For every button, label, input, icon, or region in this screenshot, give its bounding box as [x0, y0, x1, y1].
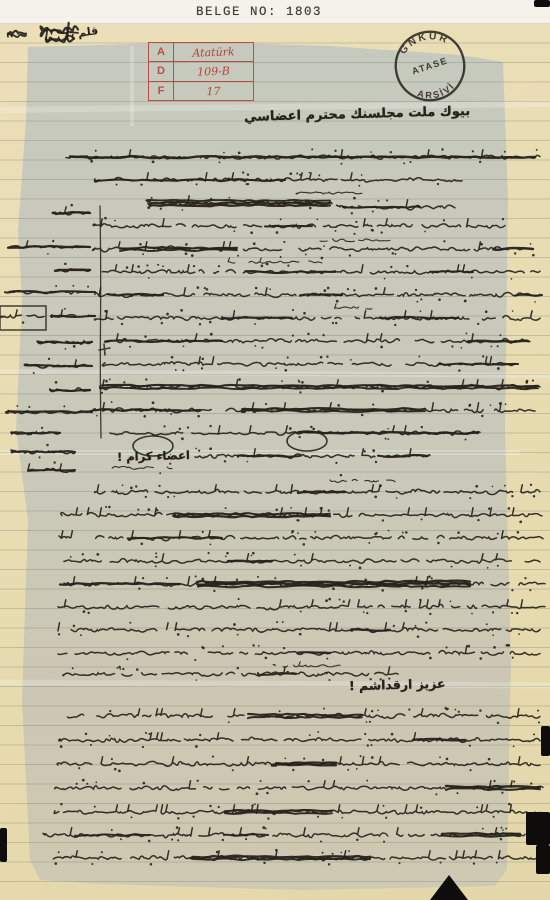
diacritic-dot: [180, 309, 183, 312]
diacritic-dot: [232, 769, 234, 771]
diacritic-dot: [371, 229, 373, 231]
handwriting-stroke: [58, 623, 540, 633]
diacritic-dot: [349, 254, 351, 256]
diacritic-dot: [292, 309, 294, 311]
diacritic-dot: [275, 508, 278, 511]
diacritic-dot: [364, 733, 366, 735]
diacritic-dot: [355, 221, 357, 223]
handwriting-stroke: [441, 835, 520, 837]
diacritic-dot: [267, 817, 269, 819]
diacritic-dot: [194, 659, 196, 661]
diacritic-dot: [340, 852, 342, 854]
diacritic-dot: [416, 301, 418, 303]
diacritic-dot: [443, 219, 445, 221]
diacritic-dot: [505, 828, 507, 830]
diacritic-dot: [78, 767, 80, 769]
diacritic-dot: [63, 405, 65, 407]
diacritic-dot: [460, 347, 462, 349]
diacritic-dot: [417, 635, 420, 638]
diacritic-dot: [284, 369, 287, 372]
diacritic-dot: [120, 838, 122, 840]
diacritic-dot: [353, 233, 355, 235]
diacritic-dot: [73, 345, 76, 348]
diacritic-dot: [340, 474, 343, 477]
diacritic-dot: [123, 381, 125, 383]
diacritic-dot: [162, 265, 164, 267]
handwriting-stroke: [245, 271, 335, 273]
diacritic-dot: [284, 757, 286, 759]
diacritic-dot: [108, 506, 111, 509]
diacritic-dot: [467, 645, 470, 648]
diacritic-dot: [251, 805, 253, 807]
diacritic-dot: [86, 783, 88, 785]
diacritic-dot: [499, 402, 502, 405]
diacritic-dot: [261, 264, 264, 267]
diacritic-dot: [163, 425, 165, 427]
diacritic-dot: [349, 565, 351, 567]
diacritic-dot: [421, 518, 423, 520]
diacritic-dot: [421, 426, 423, 428]
diacritic-dot: [254, 803, 256, 805]
handwriting-stroke: [330, 479, 395, 482]
diacritic-dot: [87, 612, 89, 614]
diacritic-dot: [55, 285, 57, 287]
diacritic-dot: [317, 731, 319, 733]
diacritic-dot: [299, 391, 301, 393]
diacritic-dot: [360, 755, 362, 757]
handwriting-stroke: [298, 492, 345, 493]
diacritic-dot: [261, 347, 263, 349]
diacritic-dot: [371, 756, 374, 759]
diacritic-dot: [258, 645, 260, 647]
diacritic-dot: [302, 543, 305, 546]
diacritic-dot: [491, 346, 493, 348]
diacritic-dot: [247, 461, 249, 463]
diacritic-dot: [94, 806, 96, 808]
diacritic-dot: [316, 218, 318, 220]
diacritic-dot: [309, 734, 311, 736]
diacritic-dot: [351, 212, 353, 214]
diacritic-dot: [145, 496, 147, 498]
diacritic-dot: [242, 171, 244, 173]
diacritic-dot: [405, 610, 407, 612]
diacritic-dot: [533, 495, 535, 497]
diacritic-dot: [282, 621, 284, 623]
diacritic-dot: [169, 463, 171, 465]
diacritic-dot: [298, 436, 300, 438]
diacritic-dot: [537, 710, 539, 712]
diacritic-dot: [477, 519, 479, 521]
diacritic-dot: [114, 220, 116, 222]
diacritic-dot: [402, 532, 404, 534]
diacritic-dot: [356, 768, 358, 770]
diacritic-dot: [187, 426, 189, 428]
diacritic-dot: [196, 183, 198, 185]
diacritic-dot: [464, 300, 467, 303]
handwriting-stroke: [438, 364, 518, 365]
diacritic-dot: [266, 263, 269, 266]
diacritic-dot: [179, 428, 181, 430]
diacritic-dot: [87, 286, 89, 288]
diacritic-dot: [371, 744, 373, 746]
diacritic-dot: [209, 321, 212, 324]
diacritic-dot: [323, 289, 326, 292]
diacritic-dot: [129, 622, 131, 624]
handwriting-stroke: [380, 317, 458, 319]
diacritic-dot: [126, 658, 128, 660]
diacritic-dot: [472, 150, 474, 152]
diacritic-dot: [336, 300, 339, 303]
diacritic-dot: [82, 779, 85, 782]
diacritic-dot: [485, 310, 488, 313]
diacritic-dot: [283, 241, 285, 243]
diacritic-dot: [257, 576, 259, 578]
diacritic-dot: [530, 782, 532, 784]
diacritic-dot: [348, 850, 350, 852]
diacritic-dot: [420, 298, 422, 300]
diacritic-dot: [388, 678, 390, 680]
handwriting-stroke: [273, 662, 340, 667]
diacritic-dot: [406, 265, 408, 267]
diacritic-dot: [353, 197, 356, 200]
diacritic-dot: [292, 335, 294, 337]
diacritic-dot: [182, 369, 184, 371]
diacritic-dot: [142, 577, 144, 579]
diacritic-dot: [443, 240, 445, 242]
diacritic-dot: [289, 427, 292, 430]
diacritic-dot: [41, 427, 43, 429]
diacritic-dot: [398, 862, 400, 864]
diacritic-dot: [309, 172, 311, 174]
diacritic-dot: [213, 590, 215, 592]
diacritic-dot: [181, 437, 184, 440]
diacritic-dot: [274, 577, 276, 579]
diacritic-dot: [312, 428, 315, 431]
diacritic-dot: [265, 828, 267, 830]
diacritic-dot: [48, 358, 50, 360]
diacritic-dot: [250, 231, 253, 234]
diacritic-dot: [105, 380, 108, 383]
handwriting-stroke: [58, 600, 545, 610]
diacritic-dot: [369, 678, 371, 680]
diacritic-dot: [438, 298, 441, 301]
diacritic-dot: [307, 333, 310, 336]
diacritic-dot: [322, 334, 324, 336]
diacritic-dot: [311, 148, 313, 150]
diacritic-dot: [197, 286, 200, 289]
diacritic-dot: [144, 335, 147, 338]
diacritic-dot: [210, 543, 212, 545]
diacritic-dot: [209, 425, 211, 427]
diacritic-dot: [290, 507, 292, 509]
diacritic-dot: [437, 542, 440, 545]
diacritic-dot: [237, 667, 239, 669]
diacritic-dot: [252, 644, 254, 646]
diacritic-dot: [138, 587, 140, 589]
diacritic-dot: [497, 565, 499, 567]
diacritic-dot: [477, 323, 479, 325]
diacritic-dot: [225, 556, 227, 558]
diacritic-dot: [454, 709, 456, 711]
diacritic-dot: [146, 264, 148, 266]
handwriting-stroke: [105, 467, 172, 470]
diacritic-dot: [511, 589, 513, 591]
diacritic-dot: [238, 151, 241, 154]
diacritic-dot: [437, 183, 439, 185]
diacritic-dot: [222, 839, 224, 841]
handwriting-stroke: [430, 271, 473, 272]
diacritic-dot: [343, 600, 345, 602]
diacritic-dot: [405, 531, 408, 534]
handwriting-stroke: [228, 258, 322, 263]
handwriting-stroke: [298, 432, 478, 434]
diacritic-dot: [238, 598, 240, 600]
diacritic-dot: [379, 678, 381, 680]
handwriting-stroke: [265, 226, 312, 227]
diacritic-dot: [161, 322, 163, 324]
diacritic-dot: [95, 781, 97, 783]
diacritic-dot: [369, 721, 371, 723]
diacritic-dot: [47, 253, 49, 255]
diacritic-dot: [252, 552, 255, 555]
diacritic-dot: [85, 733, 88, 736]
diacritic-dot: [53, 461, 55, 463]
diacritic-dot: [493, 780, 495, 782]
diacritic-dot: [347, 769, 349, 771]
diacritic-dot: [392, 252, 394, 254]
diacritic-dot: [222, 645, 224, 647]
diacritic-dot: [518, 633, 520, 635]
diacritic-dot: [131, 816, 133, 818]
diacritic-dot: [473, 862, 475, 864]
diacritic-dot: [519, 520, 522, 523]
diacritic-dot: [326, 658, 328, 660]
diacritic-dot: [201, 367, 203, 369]
handwriting-stroke: [93, 409, 200, 411]
diacritic-dot: [350, 359, 352, 361]
diacritic-dot: [328, 598, 331, 601]
handwriting-stroke: [198, 585, 470, 587]
diacritic-dot: [135, 485, 137, 487]
diacritic-dot: [497, 345, 499, 347]
diacritic-dot: [109, 378, 111, 380]
diacritic-dot: [279, 710, 281, 712]
diacritic-dot: [309, 207, 312, 210]
handwriting-stroke: [58, 646, 540, 655]
diacritic-dot: [497, 722, 499, 724]
diacritic-dot: [533, 733, 535, 735]
diacritic-dot: [171, 838, 173, 840]
circled-word-annotation: [287, 431, 327, 451]
diacritic-dot: [383, 805, 385, 807]
diacritic-dot: [435, 793, 437, 795]
handwriting-stroke: [100, 206, 101, 438]
diacritic-dot: [538, 721, 540, 723]
diacritic-dot: [492, 611, 494, 613]
diacritic-dot: [366, 612, 368, 614]
diacritic-dot: [111, 401, 113, 403]
diacritic-dot: [479, 657, 482, 660]
diacritic-dot: [176, 826, 179, 829]
diacritic-dot: [516, 612, 518, 614]
diacritic-dot: [385, 817, 387, 819]
handwriting-stroke: [60, 554, 540, 564]
diacritic-dot: [297, 532, 299, 534]
handwriting-stroke: [8, 246, 90, 248]
diacritic-dot: [370, 151, 372, 153]
diacritic-dot: [228, 197, 230, 199]
diacritic-dot: [73, 625, 75, 627]
diacritic-dot: [504, 485, 506, 487]
handwriting-stroke: [75, 834, 150, 836]
diacritic-dot: [322, 759, 325, 762]
diacritic-dot: [216, 851, 219, 854]
diacritic-dot: [28, 406, 30, 408]
diacritic-dot: [366, 780, 368, 782]
diacritic-dot: [177, 633, 180, 636]
diacritic-dot: [226, 552, 229, 555]
diacritic-dot: [265, 403, 267, 405]
diacritic-dot: [122, 668, 124, 670]
diacritic-dot: [109, 710, 111, 712]
handwriting-ink-layer: [0, 0, 550, 900]
diacritic-dot: [383, 841, 385, 843]
diacritic-dot: [199, 734, 201, 736]
diacritic-dot: [236, 579, 238, 581]
handwriting-stroke: [242, 408, 425, 410]
diacritic-dot: [199, 323, 201, 325]
diacritic-dot: [501, 792, 503, 794]
handwriting-stroke: [296, 192, 362, 194]
diacritic-dot: [321, 257, 324, 260]
diacritic-dot: [147, 508, 150, 511]
diacritic-dot: [446, 646, 448, 648]
diacritic-dot: [233, 230, 235, 232]
diacritic-dot: [388, 530, 390, 532]
handwriting-stroke: [351, 629, 390, 630]
diacritic-dot: [428, 575, 430, 577]
diacritic-dot: [137, 265, 140, 268]
diacritic-dot: [508, 803, 511, 806]
diacritic-dot: [327, 287, 330, 290]
diacritic-dot: [33, 372, 35, 374]
diacritic-dot: [512, 310, 514, 312]
diacritic-dot: [500, 838, 503, 841]
diacritic-dot: [394, 253, 396, 255]
diacritic-dot: [171, 356, 174, 359]
diacritic-dot: [390, 266, 392, 268]
diacritic-dot: [196, 679, 198, 681]
diacritic-dot: [209, 805, 211, 807]
diacritic-dot: [469, 769, 471, 771]
diacritic-dot: [233, 623, 236, 626]
diacritic-dot: [361, 174, 363, 176]
diacritic-dot: [458, 711, 460, 713]
diacritic-dot: [322, 852, 324, 854]
diacritic-dot: [372, 449, 375, 452]
diacritic-dot: [159, 472, 161, 474]
diacritic-dot: [372, 403, 374, 405]
diacritic-dot: [475, 485, 478, 488]
diacritic-dot: [486, 623, 488, 625]
diacritic-dot: [415, 289, 417, 291]
diacritic-dot: [208, 552, 210, 554]
diacritic-dot: [424, 231, 426, 233]
diacritic-dot: [367, 744, 369, 746]
diacritic-dot: [109, 735, 111, 737]
handwriting-stroke: [100, 265, 540, 274]
handwriting-stroke: [320, 239, 390, 242]
diacritic-dot: [202, 647, 205, 650]
diacritic-dot: [451, 345, 453, 347]
diacritic-dot: [439, 756, 441, 758]
diacritic-dot: [91, 863, 93, 865]
handwriting-stroke: [55, 270, 90, 271]
diacritic-dot: [497, 367, 500, 370]
diacritic-dot: [450, 601, 452, 603]
diacritic-dot: [317, 816, 319, 818]
diacritic-dot: [202, 358, 205, 361]
diacritic-dot: [283, 647, 285, 649]
photocopy-edge-artifact: [541, 726, 550, 756]
diacritic-dot: [254, 345, 256, 347]
diacritic-dot: [361, 414, 364, 417]
diacritic-dot: [175, 369, 177, 371]
handwriting-stroke: [222, 317, 292, 318]
diacritic-dot: [254, 323, 256, 325]
diacritic-dot: [339, 599, 341, 601]
diacritic-dot: [340, 163, 342, 165]
diacritic-dot: [151, 197, 153, 199]
diacritic-dot: [298, 380, 300, 382]
diacritic-dot: [536, 149, 538, 151]
diacritic-dot: [482, 828, 484, 830]
diacritic-dot: [185, 252, 188, 255]
diacritic-dot: [64, 263, 66, 265]
diacritic-dot: [136, 668, 139, 671]
handwriting-stroke: [191, 858, 370, 860]
diacritic-dot: [374, 533, 377, 536]
diacritic-dot: [410, 161, 412, 163]
diacritic-dot: [137, 509, 139, 511]
diacritic-dot: [224, 460, 226, 462]
handwriting-stroke: [330, 304, 372, 309]
diacritic-dot: [353, 289, 355, 291]
handwriting-stroke: [225, 812, 332, 813]
diacritic-dot: [55, 381, 58, 384]
diacritic-dot: [150, 863, 153, 866]
diacritic-dot: [191, 254, 194, 257]
diacritic-dot: [195, 575, 197, 577]
diacritic-dot: [364, 450, 366, 452]
diacritic-dot: [140, 183, 142, 185]
diacritic-dot: [255, 287, 258, 290]
diacritic-dot: [111, 758, 113, 760]
diacritic-dot: [505, 403, 507, 405]
handwriting-stroke: [60, 583, 180, 585]
diacritic-dot: [393, 625, 395, 627]
diacritic-dot: [101, 851, 103, 853]
handwriting-stroke: [37, 341, 92, 343]
diacritic-dot: [326, 356, 328, 358]
photocopy-edge-artifact: [430, 875, 468, 900]
diacritic-dot: [228, 721, 230, 723]
diacritic-dot: [446, 758, 449, 761]
diacritic-dot: [335, 230, 337, 232]
diacritic-dot: [192, 815, 194, 817]
diacritic-dot: [496, 862, 498, 864]
diacritic-dot: [341, 817, 343, 819]
